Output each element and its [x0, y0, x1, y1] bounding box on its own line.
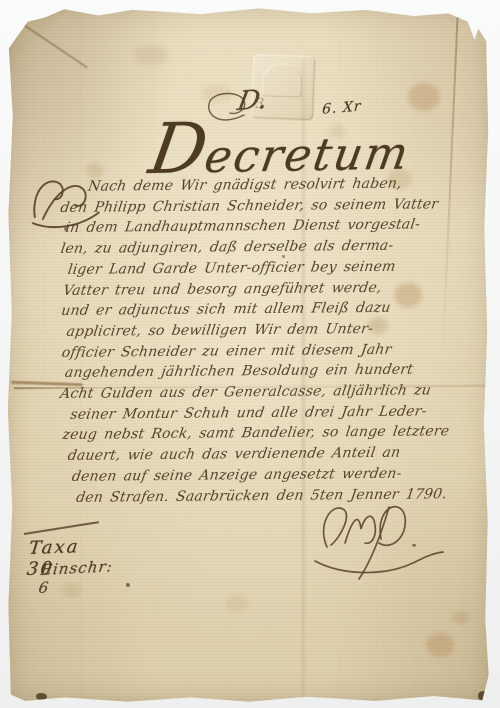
- ink-speck: [36, 693, 47, 700]
- signature-flourish: [309, 495, 457, 595]
- header-flourish-curve: [200, 89, 260, 133]
- body-text: Nach deme Wir gnädigst resolvirt haben, …: [56, 173, 471, 508]
- scanned-document: 3 D. 6. Xr Decretum Nach deme Wir gnädig…: [0, 0, 500, 708]
- paper-sheet: 3 D. 6. Xr Decretum Nach deme Wir gnädig…: [6, 5, 492, 703]
- stain: [453, 611, 469, 624]
- stain: [226, 595, 248, 612]
- stain: [134, 45, 168, 65]
- ink-speck: [126, 583, 130, 587]
- stain: [426, 633, 454, 657]
- tax-stroke: [24, 521, 99, 535]
- registration-note: Einschr: 6: [37, 557, 113, 597]
- ink-speck: [478, 691, 491, 701]
